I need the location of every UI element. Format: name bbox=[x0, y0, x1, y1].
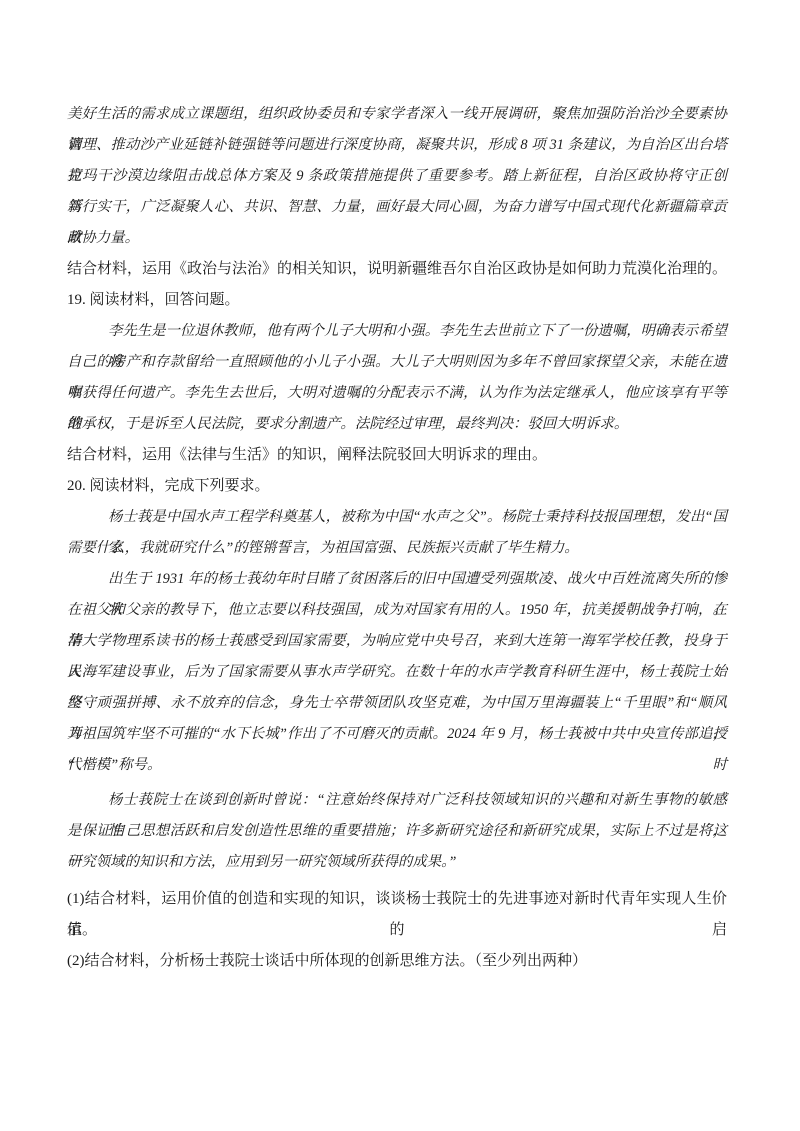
question-text-line: 20. 阅读材料，完成下列要求。 bbox=[67, 471, 727, 502]
exam-page: 美好生活的需求成立课题组，组织政协委员和专家学者深入一线开展调研，聚焦加强防治治… bbox=[0, 0, 800, 1131]
material-text-line: 为祖国筑牢坚不可摧的“水下长城”作出了不可磨灭的贡献。2024 年 9 月，杨士… bbox=[67, 719, 727, 750]
material-text-line: 研究领域的知识和方法，应用到另一研究领域所获得的成果。” bbox=[67, 847, 727, 878]
material-text-line: 笃行实干，广泛凝聚人心、共识、智慧、力量，画好最大同心圆，为奋力谱写中国式现代化… bbox=[67, 192, 727, 223]
exam-text-block: 美好生活的需求成立课题组，组织政协委员和专家学者深入一线开展调研，聚焦加强防治治… bbox=[67, 99, 727, 977]
material-text-line: 继承权，于是诉至人民法院，要求分割遗产。法院经过审理，最终判决：驳回大明诉求。 bbox=[67, 409, 727, 440]
material-text-line: 民海军建设事业，后为了国家需要从事水声学研究。在数十年的水声学教育科研生涯中，杨… bbox=[67, 657, 727, 688]
material-text-line: 自己的房产和存款留给一直照顾他的小儿子小强。大儿子大明则因为多年不曾回家探望父亲… bbox=[67, 347, 727, 378]
material-text-line: 出生于 1931 年的杨士莪幼年时目睹了贫困落后的旧中国遭受列强欺凌、战火中百姓… bbox=[67, 564, 727, 595]
material-text-line: 美好生活的需求成立课题组，组织政协委员和专家学者深入一线开展调研，聚焦加强防治治… bbox=[67, 99, 727, 130]
material-text-line: 管理、推动沙产业延链补链强链等问题进行深度协商，凝聚共识，形成 8 项 31 条… bbox=[67, 130, 727, 161]
question-text-line: (1)结合材料，运用价值的创造和实现的知识，谈谈杨士莪院士的先进事迹对新时代青年… bbox=[67, 884, 727, 915]
material-text-line: 杨士莪院士在谈到创新时曾说：“注意始终保持对广泛科技领域知识的兴趣和对新生事物的… bbox=[67, 785, 727, 816]
material-text-line: 华大学物理系读书的杨士莪感受到国家需要，为响应党中央号召，来到大连第一海军学校任… bbox=[67, 626, 727, 657]
material-text-line: 是保证自己思想活跃和启发创造性思维的重要措施；许多新研究途径和新研究成果，实际上… bbox=[67, 816, 727, 847]
material-text-line: 坚守顽强拼搏、永不放弃的信念，身先士卒带领团队攻坚克难，为中国万里海疆装上“千里… bbox=[67, 688, 727, 719]
question-text-line: 结合材料，运用《法律与生活》的知识，阐释法院驳回大明诉求的理由。 bbox=[67, 440, 727, 471]
material-text-line: 在祖父和父亲的教导下，他立志要以科技强国，成为对国家有用的人。1950 年，抗美… bbox=[67, 595, 727, 626]
question-text-line: (2)结合材料，分析杨士莪院士谈话中所体现的创新思维方法。（至少列出两种） bbox=[67, 946, 727, 977]
material-text-line: 政协力量。 bbox=[67, 223, 727, 254]
material-text-line: 中获得任何遗产。李先生去世后，大明对遗嘱的分配表示不满，认为作为法定继承人，他应… bbox=[67, 378, 727, 409]
material-text-line: 需要什么，我就研究什么”的铿锵誓言，为祖国富强、民族振兴贡献了毕生精力。 bbox=[67, 533, 727, 564]
material-text-line: 拉玛干沙漠边缘阻击战总体方案及 9 条政策措施提供了重要参考。踏上新征程，自治区… bbox=[67, 161, 727, 192]
question-text-line: 结合材料，运用《政治与法治》的相关知识，说明新疆维吾尔自治区政协是如何助力荒漠化… bbox=[67, 254, 727, 285]
question-text-line: 19. 阅读材料，回答问题。 bbox=[67, 285, 727, 316]
material-text-line: 李先生是一位退休教师，他有两个儿子大明和小强。李先生去世前立下了一份遗嘱，明确表… bbox=[67, 316, 727, 347]
material-text-line: 杨士莪是中国水声工程学科奠基人，被称为中国“水声之父”。杨院士秉持科技报国理想，… bbox=[67, 502, 727, 533]
